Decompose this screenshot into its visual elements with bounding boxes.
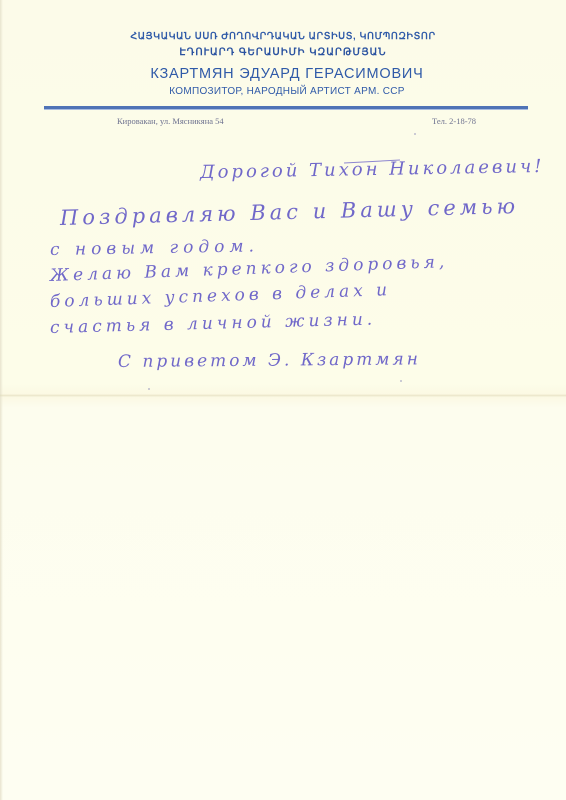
letterhead-name: КЗАРТМЯН ЭДУАРД ГЕРАСИМОВИЧ — [4, 66, 566, 82]
letter-closing-signature: С приветом Э. Кзартмян — [118, 349, 421, 372]
paper-speck — [400, 380, 402, 382]
letterhead-rule — [44, 106, 528, 110]
letterhead-title: КОМПОЗИТОР, НАРОДНЫЙ АРТИСТ АРМ. ССР — [4, 86, 566, 97]
paper-fold-line — [0, 394, 566, 397]
letterhead-armenian-title: ՀԱՅԿԱԿԱՆ ՍՍՌ ԺՈՂՈՎՐԴԱԿԱՆ ԱՐՏԻՍՏ, ԿՈՄՊՈԶԻ… — [0, 31, 566, 42]
paper-speck — [148, 388, 150, 390]
paper-speck — [414, 133, 416, 135]
letter-line: с новым годом. — [50, 236, 259, 260]
letterhead-armenian-name: ԷԴՈՒԱՐԴ ԳԵՐԱՍԻՄԻ ԿԶԱՐԹՄՅԱՆ — [0, 47, 566, 58]
paper-edge — [0, 0, 3, 800]
letterhead-phone: Тел. 2-18-78 — [432, 116, 476, 126]
letterhead-address: Кировакан, ул. Мясникяна 54 — [117, 116, 224, 126]
letter-paper — [0, 0, 566, 800]
